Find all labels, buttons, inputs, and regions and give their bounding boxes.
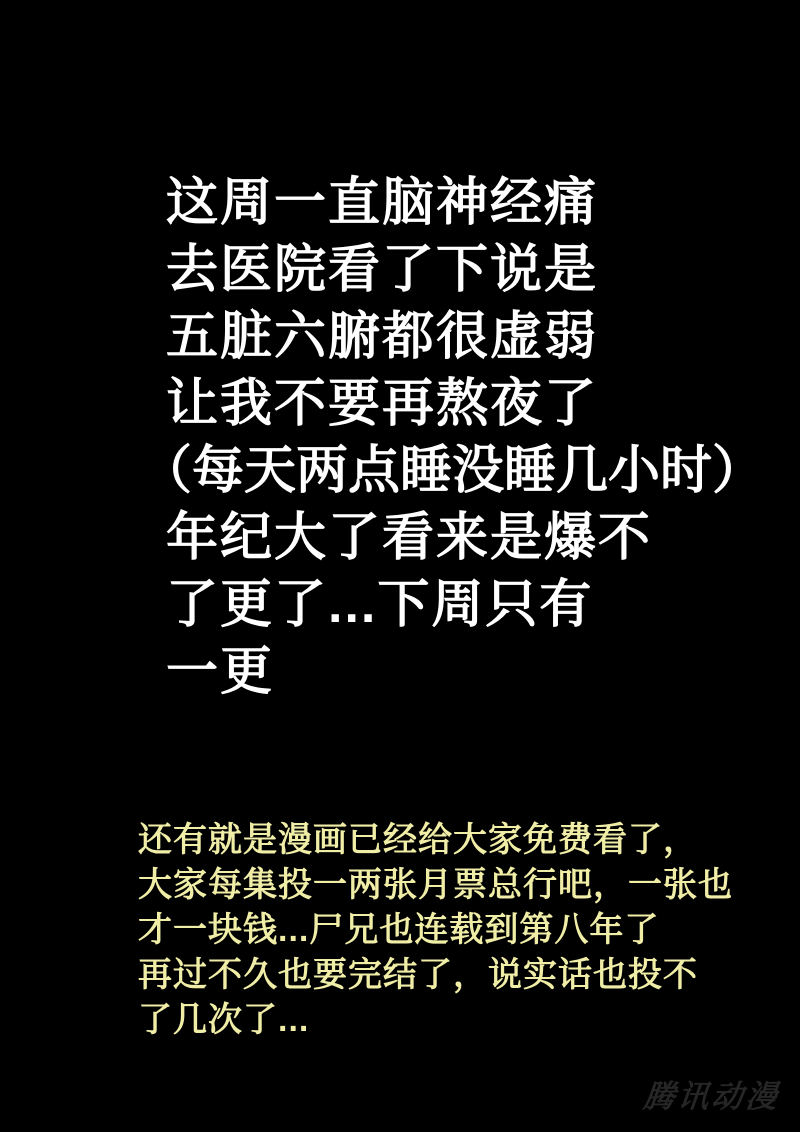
monthly-ticket-plea: 还有就是漫画已经给大家免费看了， 大家每集投一两张月票总行吧，一张也 才一块钱.… <box>138 818 733 1043</box>
comic-announcement-page: 这周一直脑神经痛 去医院看了下说是 五脏六腑都很虚弱 让我不要再熬夜了 （每天两… <box>0 0 800 1132</box>
author-note-line-7: 了更了...下周只有 <box>166 572 764 639</box>
author-note-line-6: 年纪大了看来是爆不 <box>166 505 764 572</box>
author-note-line-4: 让我不要再熬夜了 <box>166 371 764 438</box>
author-note-line-5: （每天两点睡没睡几小时） <box>140 438 764 505</box>
author-note-line-8: 一更 <box>166 639 764 706</box>
tencent-comics-watermark: 腾讯动漫 <box>642 1071 783 1116</box>
author-note-line-3: 五脏六腑都很虚弱 <box>166 304 764 371</box>
ticket-note-line-4: 再过不久也要完结了，说实话也投不 <box>138 953 733 998</box>
ticket-note-line-3: 才一块钱...尸兄也连载到第八年了 <box>138 908 733 953</box>
ticket-note-line-1: 还有就是漫画已经给大家免费看了， <box>138 818 733 863</box>
ticket-note-line-5: 了几次了... <box>138 998 733 1043</box>
author-note-line-1: 这周一直脑神经痛 <box>166 170 764 237</box>
author-note-line-2: 去医院看了下说是 <box>166 237 764 304</box>
author-health-note: 这周一直脑神经痛 去医院看了下说是 五脏六腑都很虚弱 让我不要再熬夜了 （每天两… <box>166 170 764 706</box>
ticket-note-line-2: 大家每集投一两张月票总行吧，一张也 <box>138 863 733 908</box>
